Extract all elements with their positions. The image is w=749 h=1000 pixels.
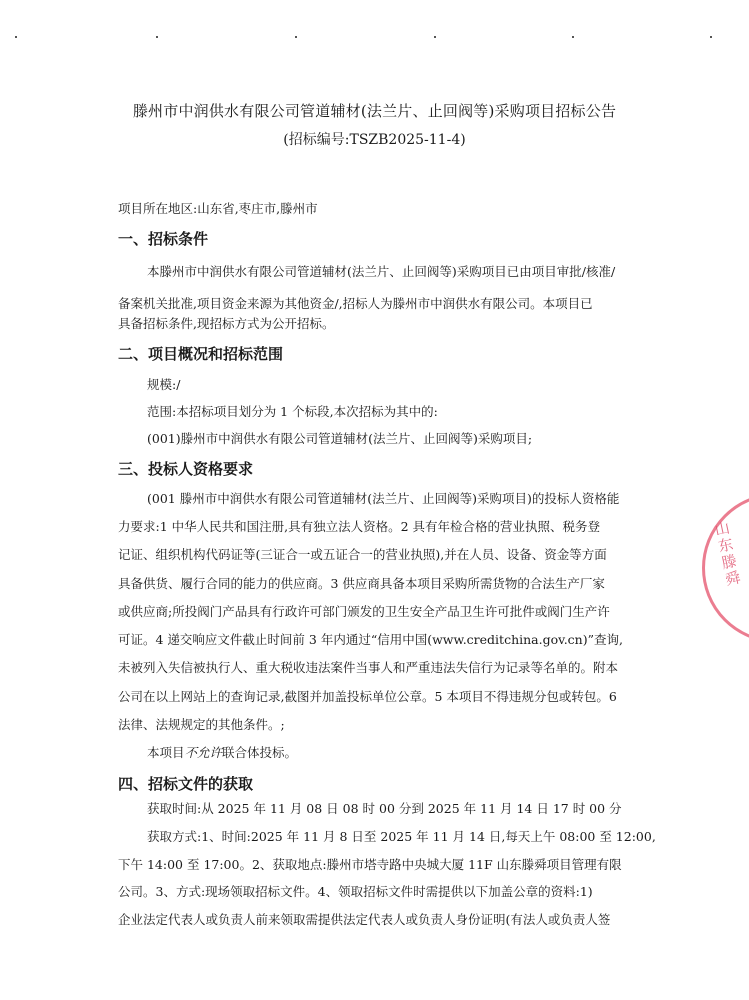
section-3-line: 可证。4 递交响应文件截止时间前 3 年内通过“信用中国(www.creditc… bbox=[118, 632, 623, 648]
section-heading-1: 一、招标条件 bbox=[118, 228, 208, 249]
section-4-line: 获取时间:从 2025 年 11 月 08 日 08 时 00 分到 2025 … bbox=[147, 801, 622, 817]
section-1-line: 具备招标条件,现招标方式为公开招标。 bbox=[118, 316, 334, 332]
scan-dot bbox=[434, 36, 436, 38]
section-3-line: 具备供货、履行合同的能力的供应商。3 供应商具备本项目采购所需货物的合法生产厂家 bbox=[118, 576, 605, 592]
consortium-note-emphasis: 不允许 bbox=[185, 745, 223, 760]
tender-number: (招标编号:TSZB2025-11-4) bbox=[0, 129, 749, 149]
section-4-line: 获取方式:1、时间:2025 年 11 月 8 日至 2025 年 11 月 1… bbox=[147, 829, 656, 845]
section-1-line: 本滕州市中润供水有限公司管道辅材(法兰片、止回阀等)采购项目已由项目审批/核准/ bbox=[147, 264, 615, 280]
scan-dot bbox=[15, 36, 17, 38]
section-heading-3: 三、投标人资格要求 bbox=[118, 458, 253, 479]
section-3-line: 未被列入失信被执行人、重大税收违法案件当事人和严重违法失信行为记录等名单的。附本 bbox=[118, 660, 618, 676]
consortium-note: 本项目不允许联合体投标。 bbox=[147, 745, 297, 761]
section-heading-2: 二、项目概况和招标范围 bbox=[118, 343, 283, 364]
section-heading-4: 四、招标文件的获取 bbox=[118, 773, 253, 794]
section-4-line: 公司。3、方式:现场领取招标文件。4、领取招标文件时需提供以下加盖公章的资料:1… bbox=[118, 884, 593, 900]
section-3-line: 记证、组织机构代码证等(三证合一或五证合一的营业执照),并在人员、设备、资金等方… bbox=[118, 547, 607, 563]
section-2-line: 规模:/ bbox=[147, 377, 180, 393]
consortium-note-prefix: 本项目 bbox=[147, 745, 185, 760]
section-3-line: 公司在以上网站上的查询记录,截图并加盖投标单位公章。5 本项目不得违规分包或转包… bbox=[118, 689, 617, 705]
section-1-line: 备案机关批准,项目资金来源为其他资金/,招标人为滕州市中润供水有限公司。本项目已 bbox=[118, 296, 593, 312]
scan-dot bbox=[295, 36, 297, 38]
scan-dot bbox=[572, 36, 574, 38]
consortium-note-suffix: 联合体投标。 bbox=[222, 745, 297, 760]
scan-dot bbox=[710, 36, 712, 38]
section-3-line: 力要求:1 中华人民共和国注册,具有独立法人资格。2 具有年检合格的营业执照、税… bbox=[118, 519, 600, 535]
document-title: 滕州市中润供水有限公司管道辅材(法兰片、止回阀等)采购项目招标公告 bbox=[0, 100, 749, 121]
section-4-line: 下午 14:00 至 17:00。2、获取地点:滕州市塔寺路中央城大厦 11F … bbox=[118, 857, 622, 873]
section-4-line: 企业法定代表人或负责人前来领取需提供法定代表人或负责人身份证明(有法人或负责人签 bbox=[118, 912, 610, 928]
section-2-line: 范围:本招标项目划分为 1 个标段,本次招标为其中的: bbox=[147, 404, 438, 420]
section-2-line: (001)滕州市中润供水有限公司管道辅材(法兰片、止回阀等)采购项目; bbox=[147, 431, 532, 447]
project-region: 项目所在地区:山东省,枣庄市,滕州市 bbox=[118, 201, 318, 217]
section-3-line: 法律、法规规定的其他条件。; bbox=[118, 717, 285, 733]
section-3-line: 或供应商;所投阀门产品具有行政许可部门颁发的卫生安全产品卫生许可批件或阀门生产许 bbox=[118, 604, 610, 620]
scan-dot bbox=[156, 36, 158, 38]
section-3-line: (001 滕州市中润供水有限公司管道辅材(法兰片、止回阀等)采购项目)的投标人资… bbox=[147, 491, 619, 507]
document-page: 滕州市中润供水有限公司管道辅材(法兰片、止回阀等)采购项目招标公告 (招标编号:… bbox=[0, 0, 749, 1000]
